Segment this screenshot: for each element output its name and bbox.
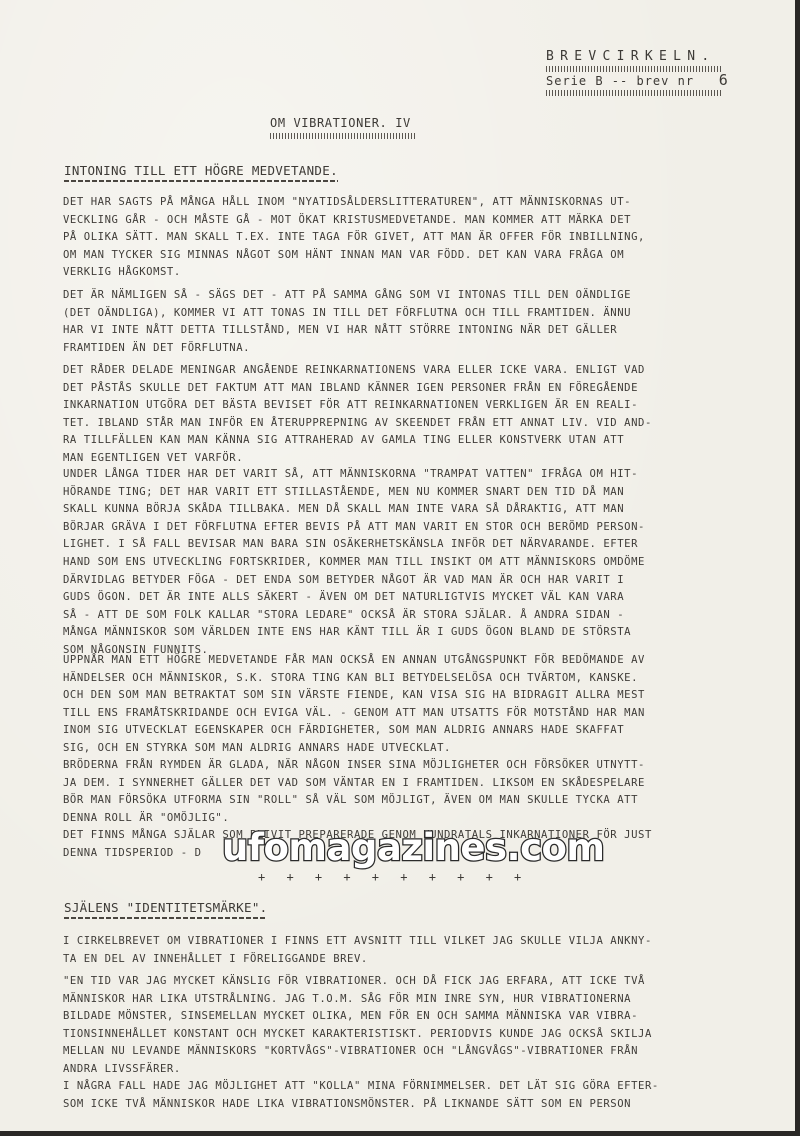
series-label: Serie B -- brev nr — [546, 74, 694, 88]
paragraph: Det har sagts på många håll inom "nyatid… — [63, 194, 775, 282]
tick-rule — [546, 90, 722, 96]
section-heading: INTONING TILL ETT HÖGRE MEDVETANDE. — [64, 163, 338, 182]
scan-edge-right — [795, 0, 800, 1136]
scan-edge-bottom — [0, 1131, 800, 1136]
watermark-logo: ufomagazines.com — [222, 826, 604, 869]
paragraph: Det råder delade meningar angående reink… — [63, 362, 775, 468]
paragraph: I cirkelbrevet OM VIBRATIONER I finns et… — [63, 933, 775, 968]
letter-number: 6 — [719, 71, 729, 89]
paragraph: Under långa tider har det varit så, att … — [63, 466, 775, 660]
paragraph: I några fall hade jag möjlighet att "kol… — [63, 1078, 775, 1113]
heading-underline — [64, 917, 267, 919]
paragraph: Bröderna från rymden är glada, när någon… — [63, 757, 775, 827]
letter-header: BREVCIRKELN. Serie B -- brev nr 6 — [546, 50, 726, 97]
section-heading-text: INTONING TILL ETT HÖGRE MEDVETANDE. — [64, 163, 338, 178]
series-line: Serie B -- brev nr 6 — [546, 73, 726, 88]
section-heading-text: SJÄLENS "IDENTITETSMÄRKE". — [64, 900, 267, 915]
heading-underline — [64, 180, 338, 182]
section-separator: + + + + + + + + + + — [258, 870, 521, 884]
title-text: OM VIBRATIONER. IV — [270, 116, 416, 130]
paragraph: Det är nämligen så - sägs det - att på s… — [63, 287, 775, 357]
tick-rule — [546, 66, 722, 72]
paragraph: Uppnår man ett högre medvetande får man … — [63, 652, 775, 758]
paragraph: "En tid var jag mycket känslig för vibra… — [63, 973, 775, 1079]
brand-name: BREVCIRKELN. — [546, 50, 726, 64]
title-underline — [270, 133, 416, 139]
section-heading: SJÄLENS "IDENTITETSMÄRKE". — [64, 900, 267, 919]
document-title: OM VIBRATIONER. IV — [270, 116, 416, 140]
scanned-page: BREVCIRKELN. Serie B -- brev nr 6 OM VIB… — [0, 0, 795, 1131]
